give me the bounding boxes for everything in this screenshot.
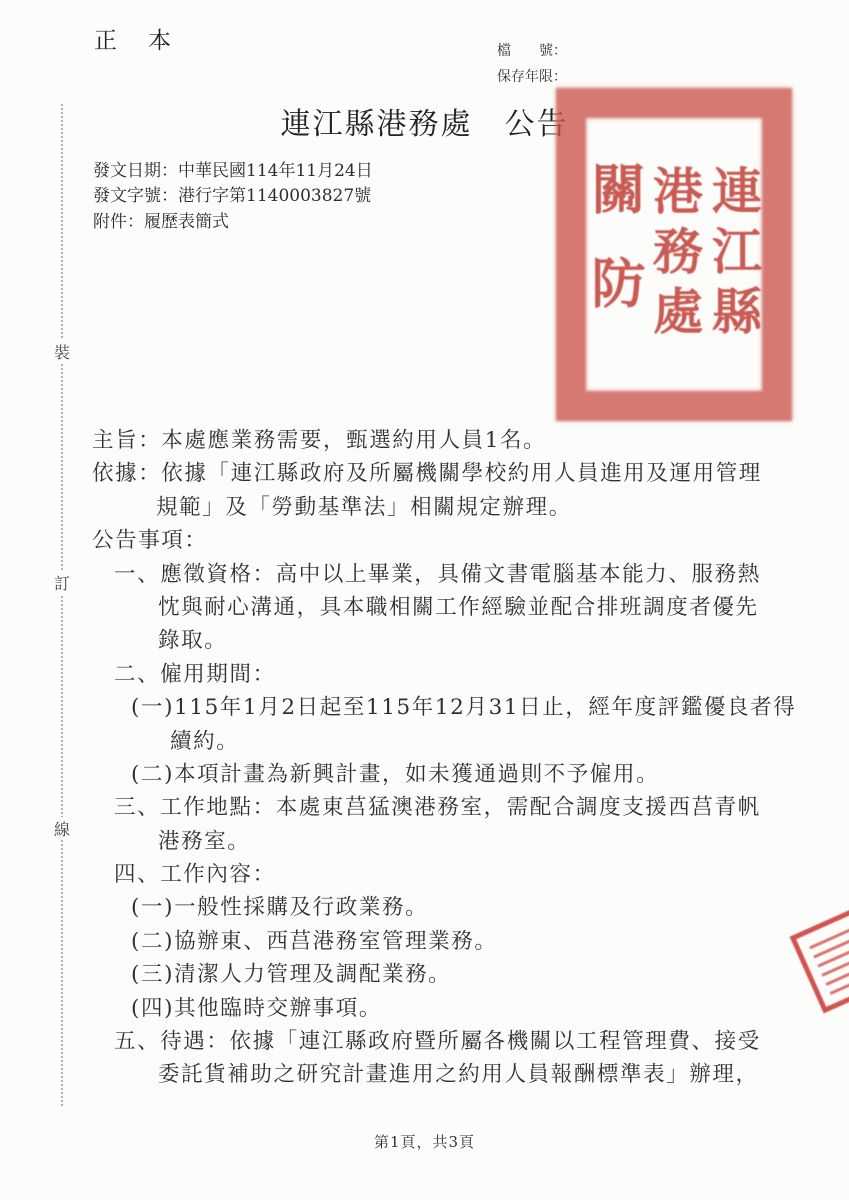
- meta-line: 發文字號：港行字第1140003827號: [93, 184, 373, 209]
- seal-column-left: 關防: [588, 161, 642, 349]
- copy-type-label: 正 本: [94, 22, 175, 55]
- document-page: 正 本 檔 號： 保存年限： 連江縣港務處 公告 發文日期：中華民國114年11…: [0, 0, 849, 1200]
- binding-mark: 裝: [52, 340, 72, 363]
- body-line: (一)115年1月2日起至115年12月31日止，經年度評鑑優良者得: [0, 691, 849, 724]
- body-line: 四、工作內容：: [0, 858, 849, 891]
- corner-stamp-stripes: [808, 921, 849, 995]
- body-line: 公告事項：: [0, 524, 849, 557]
- body-line: (一)一般性採購及行政業務。: [0, 891, 849, 924]
- body-line: 忱與耐心溝通，具本職相關工作經驗並配合排班調度者優先: [0, 591, 849, 624]
- announcement-body: 主旨：本處應業務需要，甄選約用人員1名。依據：依據「連江縣政府及所屬機關學校約用…: [0, 424, 849, 1092]
- body-line: 二、僱用期間：: [0, 658, 849, 691]
- body-line: 主旨：本處應業務需要，甄選約用人員1名。: [0, 424, 849, 457]
- seal-column-right: 連江縣: [706, 165, 760, 345]
- seal-text: 連江縣 港務處 關防: [588, 121, 760, 388]
- body-line: 依據：依據「連江縣政府及所屬機關學校約用人員進用及運用管理: [0, 457, 849, 490]
- meta-line: 附件：履歷表簡式: [93, 210, 373, 235]
- body-line: (二)協辦東、西莒港務室管理業務。: [0, 925, 849, 958]
- body-line: (二)本項計畫為新興計畫，如未獲通過則不予僱用。: [0, 758, 849, 791]
- body-line: 三、工作地點：本處東莒猛澳港務室，需配合調度支援西莒青帆: [0, 791, 849, 824]
- official-seal: 連江縣 港務處 關防: [556, 88, 792, 421]
- body-line: (四)其他臨時交辦事項。: [0, 992, 849, 1025]
- body-line: (三)清潔人力管理及調配業務。: [0, 958, 849, 991]
- retention-period-label: 保存年限：: [497, 64, 567, 90]
- meta-line: 發文日期：中華民國114年11月24日: [93, 159, 373, 184]
- body-line: 五、待遇：依據「連江縣政府暨所屬各機關以工程管理費、接受: [0, 1025, 849, 1058]
- page-number-indicator: 第1頁，共3頁: [0, 1131, 849, 1152]
- body-line: 一、應徵資格：高中以上畢業，具備文書電腦基本能力、服務熱: [0, 558, 849, 591]
- body-line: 錄取。: [0, 624, 849, 657]
- body-line: 續約。: [0, 725, 849, 758]
- body-line: 規範」及「勞動基準法」相關規定辦理。: [0, 491, 849, 524]
- file-number-label: 檔 號：: [497, 38, 567, 64]
- seal-column-middle: 港務處: [647, 165, 701, 345]
- file-labels: 檔 號： 保存年限：: [497, 38, 567, 90]
- body-line: 港務室。: [0, 825, 849, 858]
- body-line: 委託貨補助之研究計畫進用之約用人員報酬標準表」辦理，: [0, 1058, 849, 1091]
- meta-block: 發文日期：中華民國114年11月24日發文字號：港行字第1140003827號附…: [93, 159, 373, 235]
